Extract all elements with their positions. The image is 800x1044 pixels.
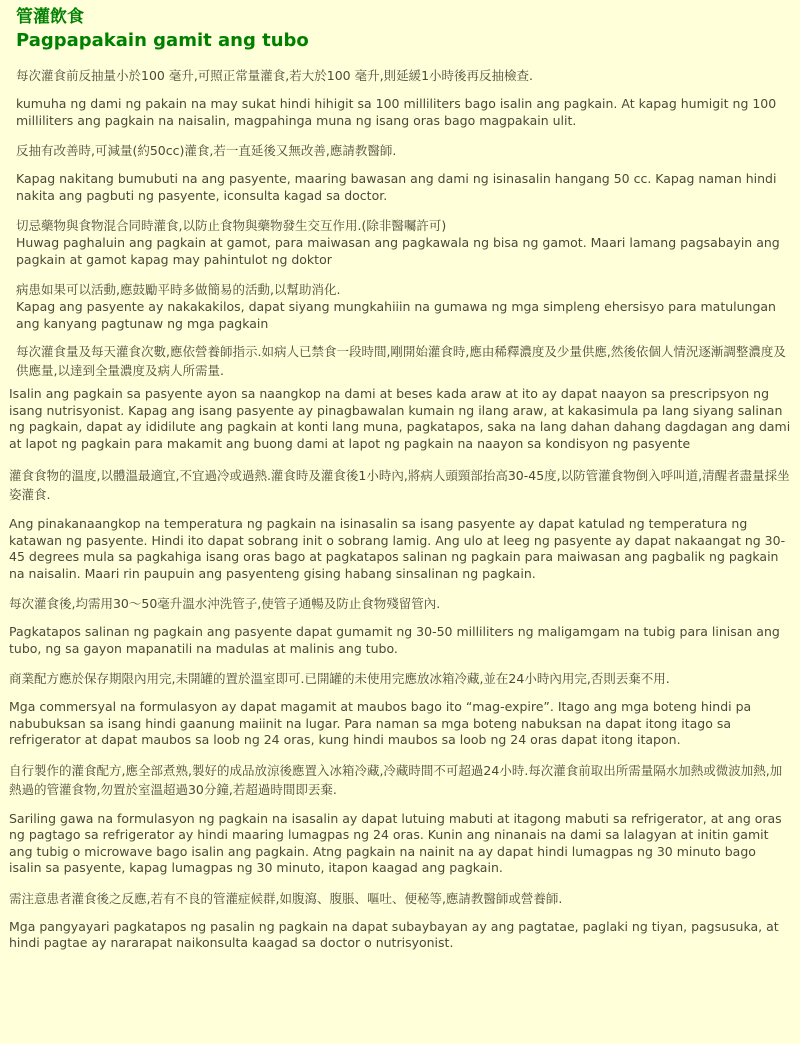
section-4: 每次灌食量及每天灌食次數,應依營養師指示.如病人已禁食一段時間,剛開始灌食時,應… bbox=[9, 342, 792, 452]
section-tagalog-text: Ang pinakanaangkop na temperatura ng pag… bbox=[9, 516, 792, 582]
section-tagalog-text: Mga commersyal na formulasyon ay dapat m… bbox=[9, 699, 792, 749]
section-8: 自行製作的灌食配方,應全部煮熟,製好的成品放涼後應置入冰箱冷藏,冷藏時間不可超過… bbox=[9, 761, 792, 877]
section-tagalog-text: Sariling gawa na formulasyon ng pagkain … bbox=[9, 811, 792, 877]
section-1: 反抽有改善時,可減量(約50cc)灌食,若一直延後又無改善,應請教醫師. Kap… bbox=[9, 141, 792, 204]
section-3: 病患如果可以活動,應鼓勵平時多做簡易的活動,以幫助消化. Kapag ang p… bbox=[9, 280, 792, 332]
title-chinese: 管灌飲食 bbox=[16, 6, 792, 28]
section-tagalog-text: Mga pangyayari pagkatapos ng pasalin ng … bbox=[9, 919, 792, 952]
section-chinese-text: 切忌藥物與食物混合同時灌食,以防止食物與藥物發生交互作用.(除非醫囑許可) bbox=[16, 216, 792, 235]
section-chinese-text: 反抽有改善時,可減量(約50cc)灌食,若一直延後又無改善,應請教醫師. bbox=[16, 141, 792, 160]
section-chinese-text: 每次灌食後,均需用30～50毫升溫水沖洗管子,使管子通暢及防止食物殘留管內. bbox=[9, 594, 792, 613]
section-9: 需注意患者灌食後之反應,若有不良的管灌症候群,如腹瀉、腹脹、嘔吐、便秘等,應請教… bbox=[9, 889, 792, 952]
section-tagalog-text: Pagkatapos salinan ng pagkain ang pasyen… bbox=[9, 624, 792, 657]
section-tagalog-text: Kapag nakitang bumubuti na ang pasyente,… bbox=[16, 171, 792, 204]
section-chinese-text: 需注意患者灌食後之反應,若有不良的管灌症候群,如腹瀉、腹脹、嘔吐、便秘等,應請教… bbox=[9, 889, 792, 908]
document-page: 管灌飲食 Pagpapakain gamit ang tubo 每次灌食前反抽量… bbox=[0, 0, 800, 952]
section-tagalog-text: Isalin ang pagkain sa pasyente ayon sa n… bbox=[9, 386, 792, 452]
section-7: 商業配方應於保存期限內用完,未開罐的置於溫室即可.已開罐的未使用完應放冰箱冷藏,… bbox=[9, 669, 792, 749]
section-2: 切忌藥物與食物混合同時灌食,以防止食物與藥物發生交互作用.(除非醫囑許可) Hu… bbox=[9, 216, 792, 268]
section-chinese-text: 自行製作的灌食配方,應全部煮熟,製好的成品放涼後應置入冰箱冷藏,冷藏時間不可超過… bbox=[9, 761, 792, 799]
title-tagalog: Pagpapakain gamit ang tubo bbox=[16, 28, 792, 54]
section-chinese-text: 病患如果可以活動,應鼓勵平時多做簡易的活動,以幫助消化. bbox=[16, 280, 792, 299]
section-0: 每次灌食前反抽量小於100 毫升,可照正常量灌食,若大於100 毫升,則延緩1小… bbox=[9, 66, 792, 129]
section-tagalog-text: Kapag ang pasyente ay nakakakilos, dapat… bbox=[16, 299, 792, 332]
section-tagalog-text: Huwag paghaluin ang pagkain at gamot, pa… bbox=[16, 235, 792, 268]
section-chinese-text: 商業配方應於保存期限內用完,未開罐的置於溫室即可.已開罐的未使用完應放冰箱冷藏,… bbox=[9, 669, 792, 688]
section-chinese-text: 每次灌食量及每天灌食次數,應依營養師指示.如病人已禁食一段時間,剛開始灌食時,應… bbox=[9, 342, 792, 380]
section-chinese-text: 每次灌食前反抽量小於100 毫升,可照正常量灌食,若大於100 毫升,則延緩1小… bbox=[16, 66, 792, 85]
section-tagalog-text: kumuha ng dami ng pakain na may sukat hi… bbox=[16, 96, 792, 129]
section-5: 灌食食物的溫度,以體溫最適宜,不宜過冷或過熱.灌食時及灌食後1小時內,將病人頭頸… bbox=[9, 466, 792, 582]
section-6: 每次灌食後,均需用30～50毫升溫水沖洗管子,使管子通暢及防止食物殘留管內. P… bbox=[9, 594, 792, 657]
section-chinese-text: 灌食食物的溫度,以體溫最適宜,不宜過冷或過熱.灌食時及灌食後1小時內,將病人頭頸… bbox=[9, 466, 792, 504]
